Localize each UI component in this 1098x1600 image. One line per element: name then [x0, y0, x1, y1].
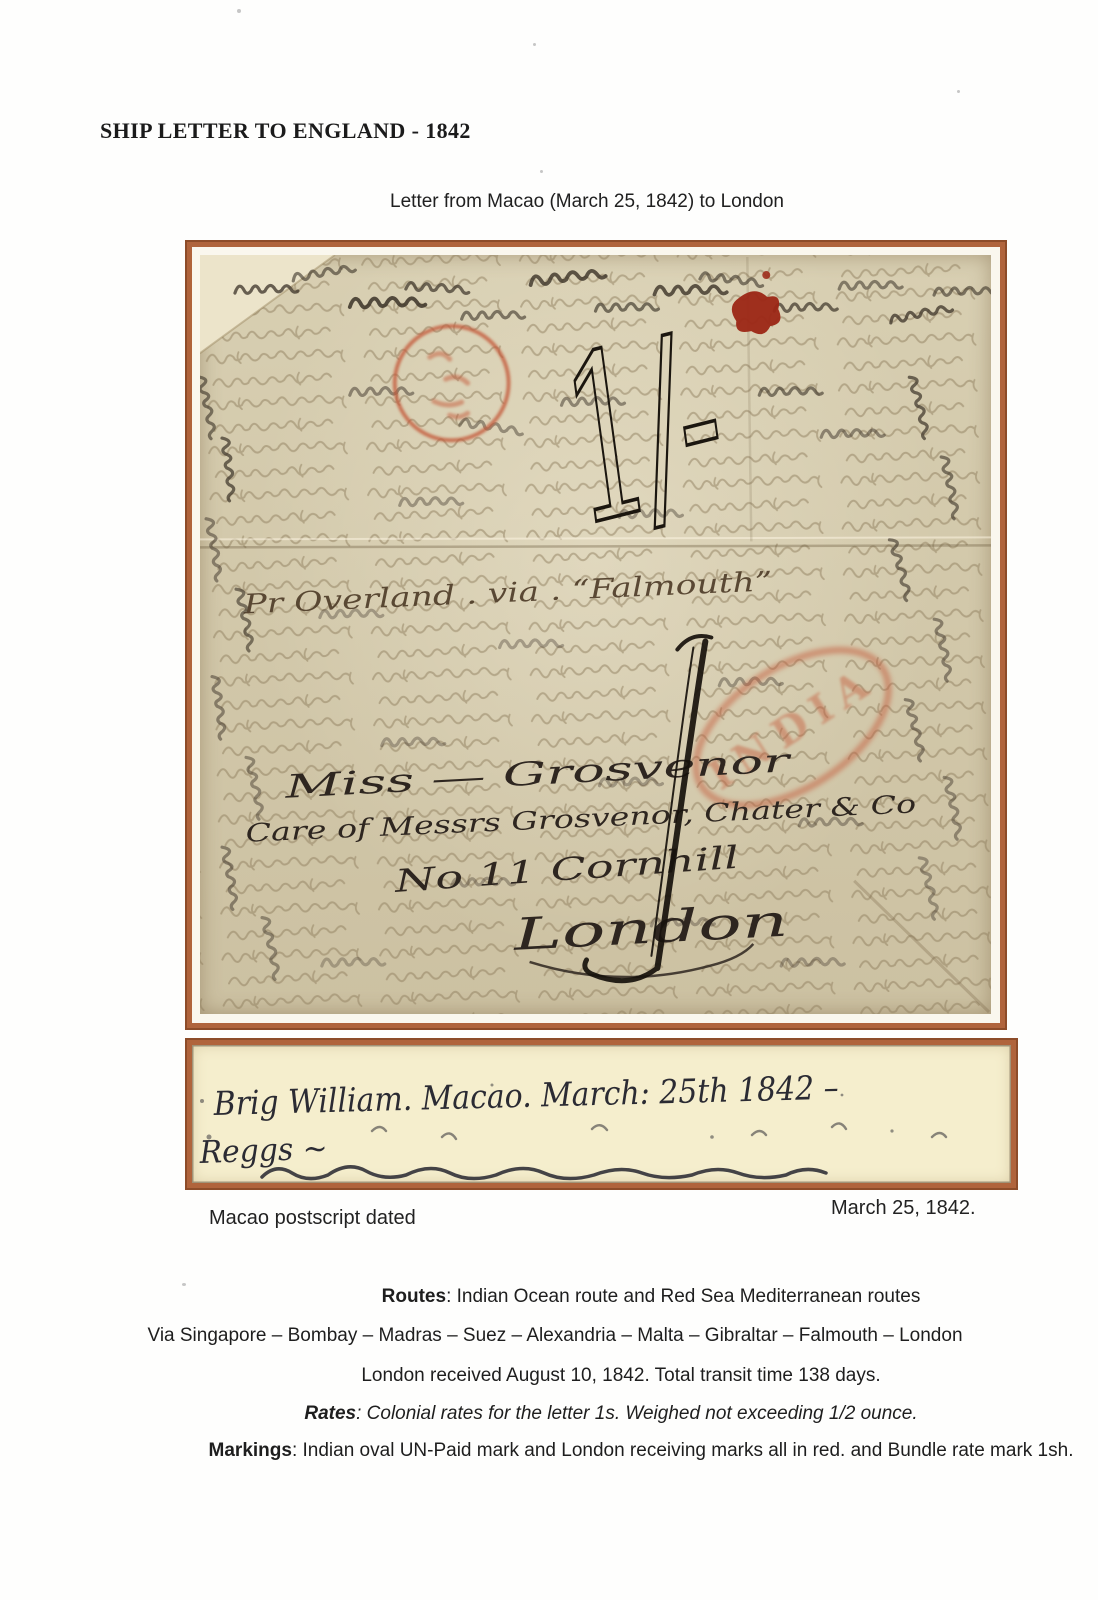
markings-label: Markings: [209, 1440, 292, 1461]
cover-frame: 1/- Pr Overland . via . “Falmouth” INDIA…: [185, 240, 1007, 1030]
received-line: London received August 10, 1842. Total t…: [0, 1365, 1098, 1387]
markings-line: Markings: Indian oval UN-Paid mark and L…: [0, 1440, 1098, 1462]
cover-artwork: 1/- Pr Overland . via . “Falmouth” INDIA…: [200, 255, 991, 1014]
page-title: SHIP LETTER TO ENGLAND - 1842: [100, 118, 471, 144]
dust-speck: [237, 9, 241, 13]
routes-line: Routes: Indian Ocean route and Red Sea M…: [0, 1286, 1098, 1308]
rates-text: : Colonial rates for the letter 1s. Weig…: [356, 1403, 918, 1424]
via-line: Via Singapore – Bombay – Madras – Suez –…: [0, 1325, 1098, 1347]
markings-text: : Indian oval UN-Paid mark and London re…: [292, 1440, 1074, 1461]
routes-text: : Indian Ocean route and Red Sea Mediter…: [446, 1286, 920, 1307]
rates-label: Rates: [304, 1403, 356, 1424]
dust-speck: [540, 170, 543, 173]
page-subtitle: Letter from Macao (March 25, 1842) to Lo…: [76, 191, 1098, 213]
strip-caption-left: Macao postscript dated: [209, 1207, 416, 1230]
cover-scan: 1/- Pr Overland . via . “Falmouth” INDIA…: [200, 255, 991, 1014]
strip-caption-right: March 25, 1842.: [831, 1197, 976, 1220]
postscript-strip-scan: Brig William. Macao. March: 25th 1842 – …: [192, 1045, 1011, 1183]
dust-speck: [533, 43, 536, 46]
ink-smudges: [372, 1123, 946, 1139]
exhibit-page: SHIP LETTER TO ENGLAND - 1842 Letter fro…: [0, 0, 1098, 1600]
postscript-strip-frame: Brig William. Macao. March: 25th 1842 – …: [185, 1038, 1018, 1190]
strip-artwork: Brig William. Macao. March: 25th 1842 – …: [192, 1045, 1011, 1183]
rates-line: Rates: Colonial rates for the letter 1s.…: [0, 1403, 1098, 1425]
cover-mount: 1/- Pr Overland . via . “Falmouth” INDIA…: [192, 247, 1000, 1023]
strip-line2: Reggs ~: [198, 1131, 328, 1171]
strip-line1: Brig William. Macao. March: 25th 1842 –: [212, 1068, 839, 1123]
routes-label: Routes: [382, 1286, 446, 1307]
strip-partial-line: [262, 1167, 826, 1179]
dust-speck: [957, 90, 960, 93]
